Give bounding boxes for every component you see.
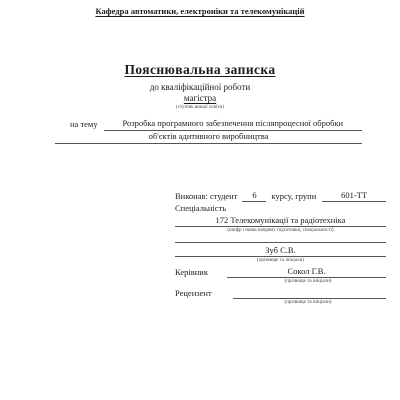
group-field: 601-ТТ: [322, 189, 386, 202]
reviewer-label: Рецензент: [175, 287, 233, 299]
signature-blank-line: [175, 235, 386, 243]
reviewer-row: Рецензент: [175, 286, 386, 299]
theme-row: на тему Розробка програмного забезпеченн…: [70, 117, 362, 131]
degree-name-text: магістра: [184, 93, 216, 103]
reviewer-name-field: [233, 286, 386, 299]
supervisor-name-caption: (прізвище та ініціали): [230, 278, 386, 286]
supervisor-name-field: Сокол Г.В.: [227, 265, 386, 278]
executor-middle-label: курсу, групи: [271, 190, 316, 202]
executor-label: Виконав: студент: [175, 190, 237, 202]
supervisor-row: Керівник Сокол Г.В.: [175, 265, 386, 278]
executor-row: Виконав: студент 6 курсу, групи 601-ТТ: [175, 190, 386, 202]
specialty-caption: (шифр і назва напряму підготовки, спеціа…: [175, 227, 386, 235]
theme-line-1: Розробка програмного забезпечення післяп…: [104, 117, 362, 131]
doc-subtitle: до кваліфікаційної роботи: [0, 82, 400, 92]
department-header: Кафедра автоматики, електроніки та телек…: [0, 6, 400, 16]
reviewer-name-caption: (прізвище та ініціали): [230, 299, 386, 307]
doc-title: Пояснювальна записка: [0, 62, 400, 78]
doc-title-text: Пояснювальна записка: [124, 62, 275, 77]
title-page: Кафедра автоматики, електроніки та телек…: [0, 0, 400, 400]
specialty-label: Спеціальність: [175, 202, 386, 214]
specialty-value: 172 Телекомунікації та радіотехніка: [175, 214, 386, 227]
degree-caption: (ступінь вищої освіти): [0, 104, 400, 112]
degree-name: магістра: [0, 93, 400, 103]
student-name-field: Зуб С.В.: [175, 244, 386, 257]
student-name-caption: (прізвище та ініціали): [175, 257, 386, 265]
attribution-block: Виконав: студент 6 курсу, групи 601-ТТ С…: [175, 190, 386, 307]
department-header-text: Кафедра автоматики, електроніки та телек…: [95, 6, 304, 16]
theme-line-2: об'єктів адитивного виробництва: [55, 130, 362, 144]
supervisor-label: Керівник: [175, 266, 227, 278]
course-field: 6: [242, 189, 266, 202]
